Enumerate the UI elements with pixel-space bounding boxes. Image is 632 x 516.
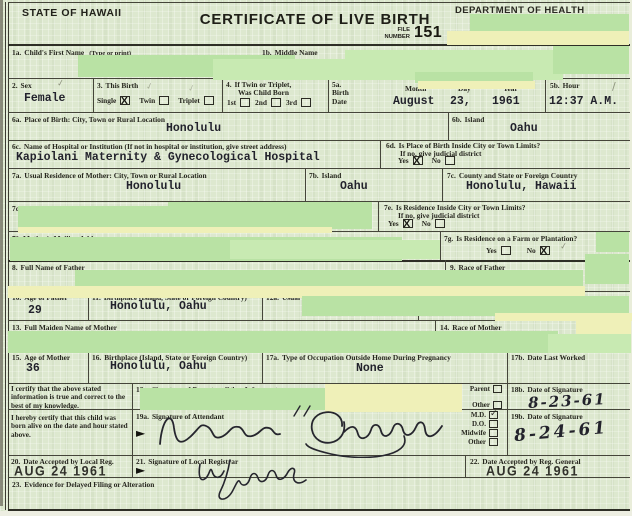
county-state-value: Honolulu, Hawaii	[466, 180, 576, 193]
parent-checkbox	[493, 385, 502, 393]
redaction-overlay	[230, 240, 440, 259]
father-birthplace-value: Honolulu, Oahu	[110, 300, 207, 313]
divider	[8, 112, 630, 113]
birth-certificate-document: STATE OF HAWAII CERTIFICATE OF LIVE BIRT…	[0, 0, 632, 516]
cell-divider	[545, 78, 546, 112]
cell-divider	[440, 231, 441, 260]
scan-edge	[0, 0, 3, 506]
cell-divider	[262, 351, 263, 383]
birth-island-value: Oahu	[510, 122, 538, 135]
yes-checkbox	[501, 246, 511, 255]
redaction-overlay	[447, 31, 629, 45]
redaction-overlay	[418, 81, 535, 89]
mother-birthplace-value: Honolulu, Oahu	[110, 360, 207, 373]
yes-checkbox: X	[413, 156, 423, 165]
field-8-label: 8.Full Name of Father	[12, 263, 85, 272]
field-3-label: 3.This Birth	[97, 81, 138, 90]
field-7b-label: 7b.Island	[309, 171, 341, 180]
field-6c-label: 6c.Name of Hospital or Institution (If n…	[12, 142, 286, 151]
birth-month-value: August	[393, 95, 434, 108]
signature-arrow-icon: ►	[136, 426, 145, 440]
paper-edge-bottom	[0, 511, 632, 516]
attendant-signature-date: 8-24-61	[513, 418, 609, 446]
cell-divider	[88, 351, 89, 383]
registrar-general-date-stamp: AUG 24 1961	[486, 463, 579, 479]
cell-divider	[132, 383, 133, 477]
birth-city-value: Honolulu	[166, 122, 221, 135]
field-15-label: 15.Age of Mother	[12, 353, 70, 362]
hour-value: 12:37 A.M.	[549, 95, 618, 108]
field-4-label: 4.If Twin or Triplet,Was Child Born	[226, 81, 326, 98]
yes-checkbox: X	[403, 219, 413, 228]
attendant-signature	[146, 402, 466, 458]
field-6b-label: 6b.Island	[452, 115, 484, 124]
hospital-value: Kapiolani Maternity & Gynecological Hosp…	[16, 151, 320, 164]
third-checkbox	[301, 98, 311, 107]
do-checkbox	[489, 420, 498, 428]
field-7a-label: 7a.Usual Residence of Mother: City, Town…	[12, 171, 207, 180]
second-checkbox	[271, 98, 281, 107]
occupation-value: None	[356, 362, 384, 375]
twin-checkbox	[159, 96, 169, 105]
field-17a-label: 17a.Type of Occupation Outside Home Duri…	[266, 353, 451, 362]
inside-limits-options: YesX No	[398, 156, 464, 165]
pencil-mark: /	[612, 80, 616, 93]
pencil-mark: ✓	[187, 83, 197, 95]
father-age-value: 29	[28, 304, 42, 317]
birth-day-value: 23,	[450, 95, 471, 108]
residence-limits-options: YesX No	[388, 219, 454, 228]
residence-city-value: Honolulu	[126, 180, 181, 193]
single-checkbox: X	[120, 96, 130, 105]
pencil-mark: ✓	[145, 81, 155, 93]
signature-arrow-icon: ►	[136, 463, 145, 477]
no-checkbox	[445, 156, 455, 165]
other-informant-checkbox	[493, 401, 502, 409]
no-checkbox	[435, 219, 445, 228]
field-23-label: 23.Evidence for Delayed Filing or Altera…	[12, 480, 154, 489]
cell-divider	[305, 168, 306, 201]
sex-value: Female	[24, 92, 65, 105]
file-number-label: FILENUMBER	[352, 27, 410, 41]
cell-divider	[328, 78, 329, 112]
field-5a-label: 5a.BirthDate	[332, 81, 349, 106]
midwife-checkbox	[489, 429, 498, 437]
form-top-line	[8, 2, 630, 3]
redaction-overlay	[548, 334, 631, 353]
cell-divider	[93, 78, 94, 112]
field-6a-label: 6a.Place of Birth: City, Town or Rural L…	[12, 115, 165, 124]
file-number-value: 151	[414, 24, 442, 42]
redaction-overlay	[18, 227, 332, 233]
divider	[8, 168, 630, 169]
triplet-checkbox	[204, 96, 214, 105]
redaction-overlay	[576, 320, 631, 334]
other-attendant-checkbox	[489, 438, 498, 446]
redaction-overlay	[18, 206, 372, 229]
redaction-overlay	[8, 331, 558, 353]
cell-divider	[222, 78, 223, 112]
field-2-label: 2.Sex	[12, 81, 32, 90]
local-registrar-date-stamp: AUG 24 1961	[14, 463, 107, 479]
cell-divider	[442, 168, 443, 201]
local-registrar-signature	[188, 456, 328, 506]
cell-divider	[380, 140, 381, 168]
cell-divider	[465, 455, 466, 477]
mother-age-value: 36	[26, 362, 40, 375]
redaction-overlay	[596, 232, 629, 252]
redaction-overlay	[553, 46, 629, 74]
informant-certification-text: I certify that the above stated informat…	[11, 385, 130, 410]
divider	[8, 383, 630, 384]
pencil-mark: ✓	[56, 78, 65, 89]
twin-order-options: 1st 2nd 3rd	[227, 98, 311, 107]
cell-divider	[507, 351, 508, 455]
field-7g-label: 7g.Is Residence on a Farm or Plantation?	[444, 234, 577, 243]
residence-island-value: Oahu	[340, 180, 368, 193]
field-17b-label: 17b.Date Last Worked	[511, 353, 585, 362]
first-checkbox	[240, 98, 250, 107]
attendant-certification-text: I hereby certify that this child was bor…	[11, 414, 130, 439]
field-19b-label: 19b.Date of Signature	[511, 412, 583, 421]
farm-plantation-options: Yes NoX	[486, 246, 559, 255]
state-title: STATE OF HAWAII	[22, 7, 122, 19]
pencil-mark: ✓	[559, 242, 568, 253]
redaction-overlay	[585, 254, 629, 284]
birth-year-value: 1961	[492, 95, 520, 108]
cell-divider	[448, 112, 449, 140]
no-checkbox: X	[540, 246, 550, 255]
field-7c-label: 7c.County and State or Foreign Country	[447, 171, 577, 180]
field-5b-label: 5b.Hour	[550, 81, 580, 90]
cell-divider	[378, 201, 379, 231]
md-checkbox: ✓	[489, 411, 498, 419]
this-birth-options: SingleX Twin Triplet	[97, 96, 223, 105]
